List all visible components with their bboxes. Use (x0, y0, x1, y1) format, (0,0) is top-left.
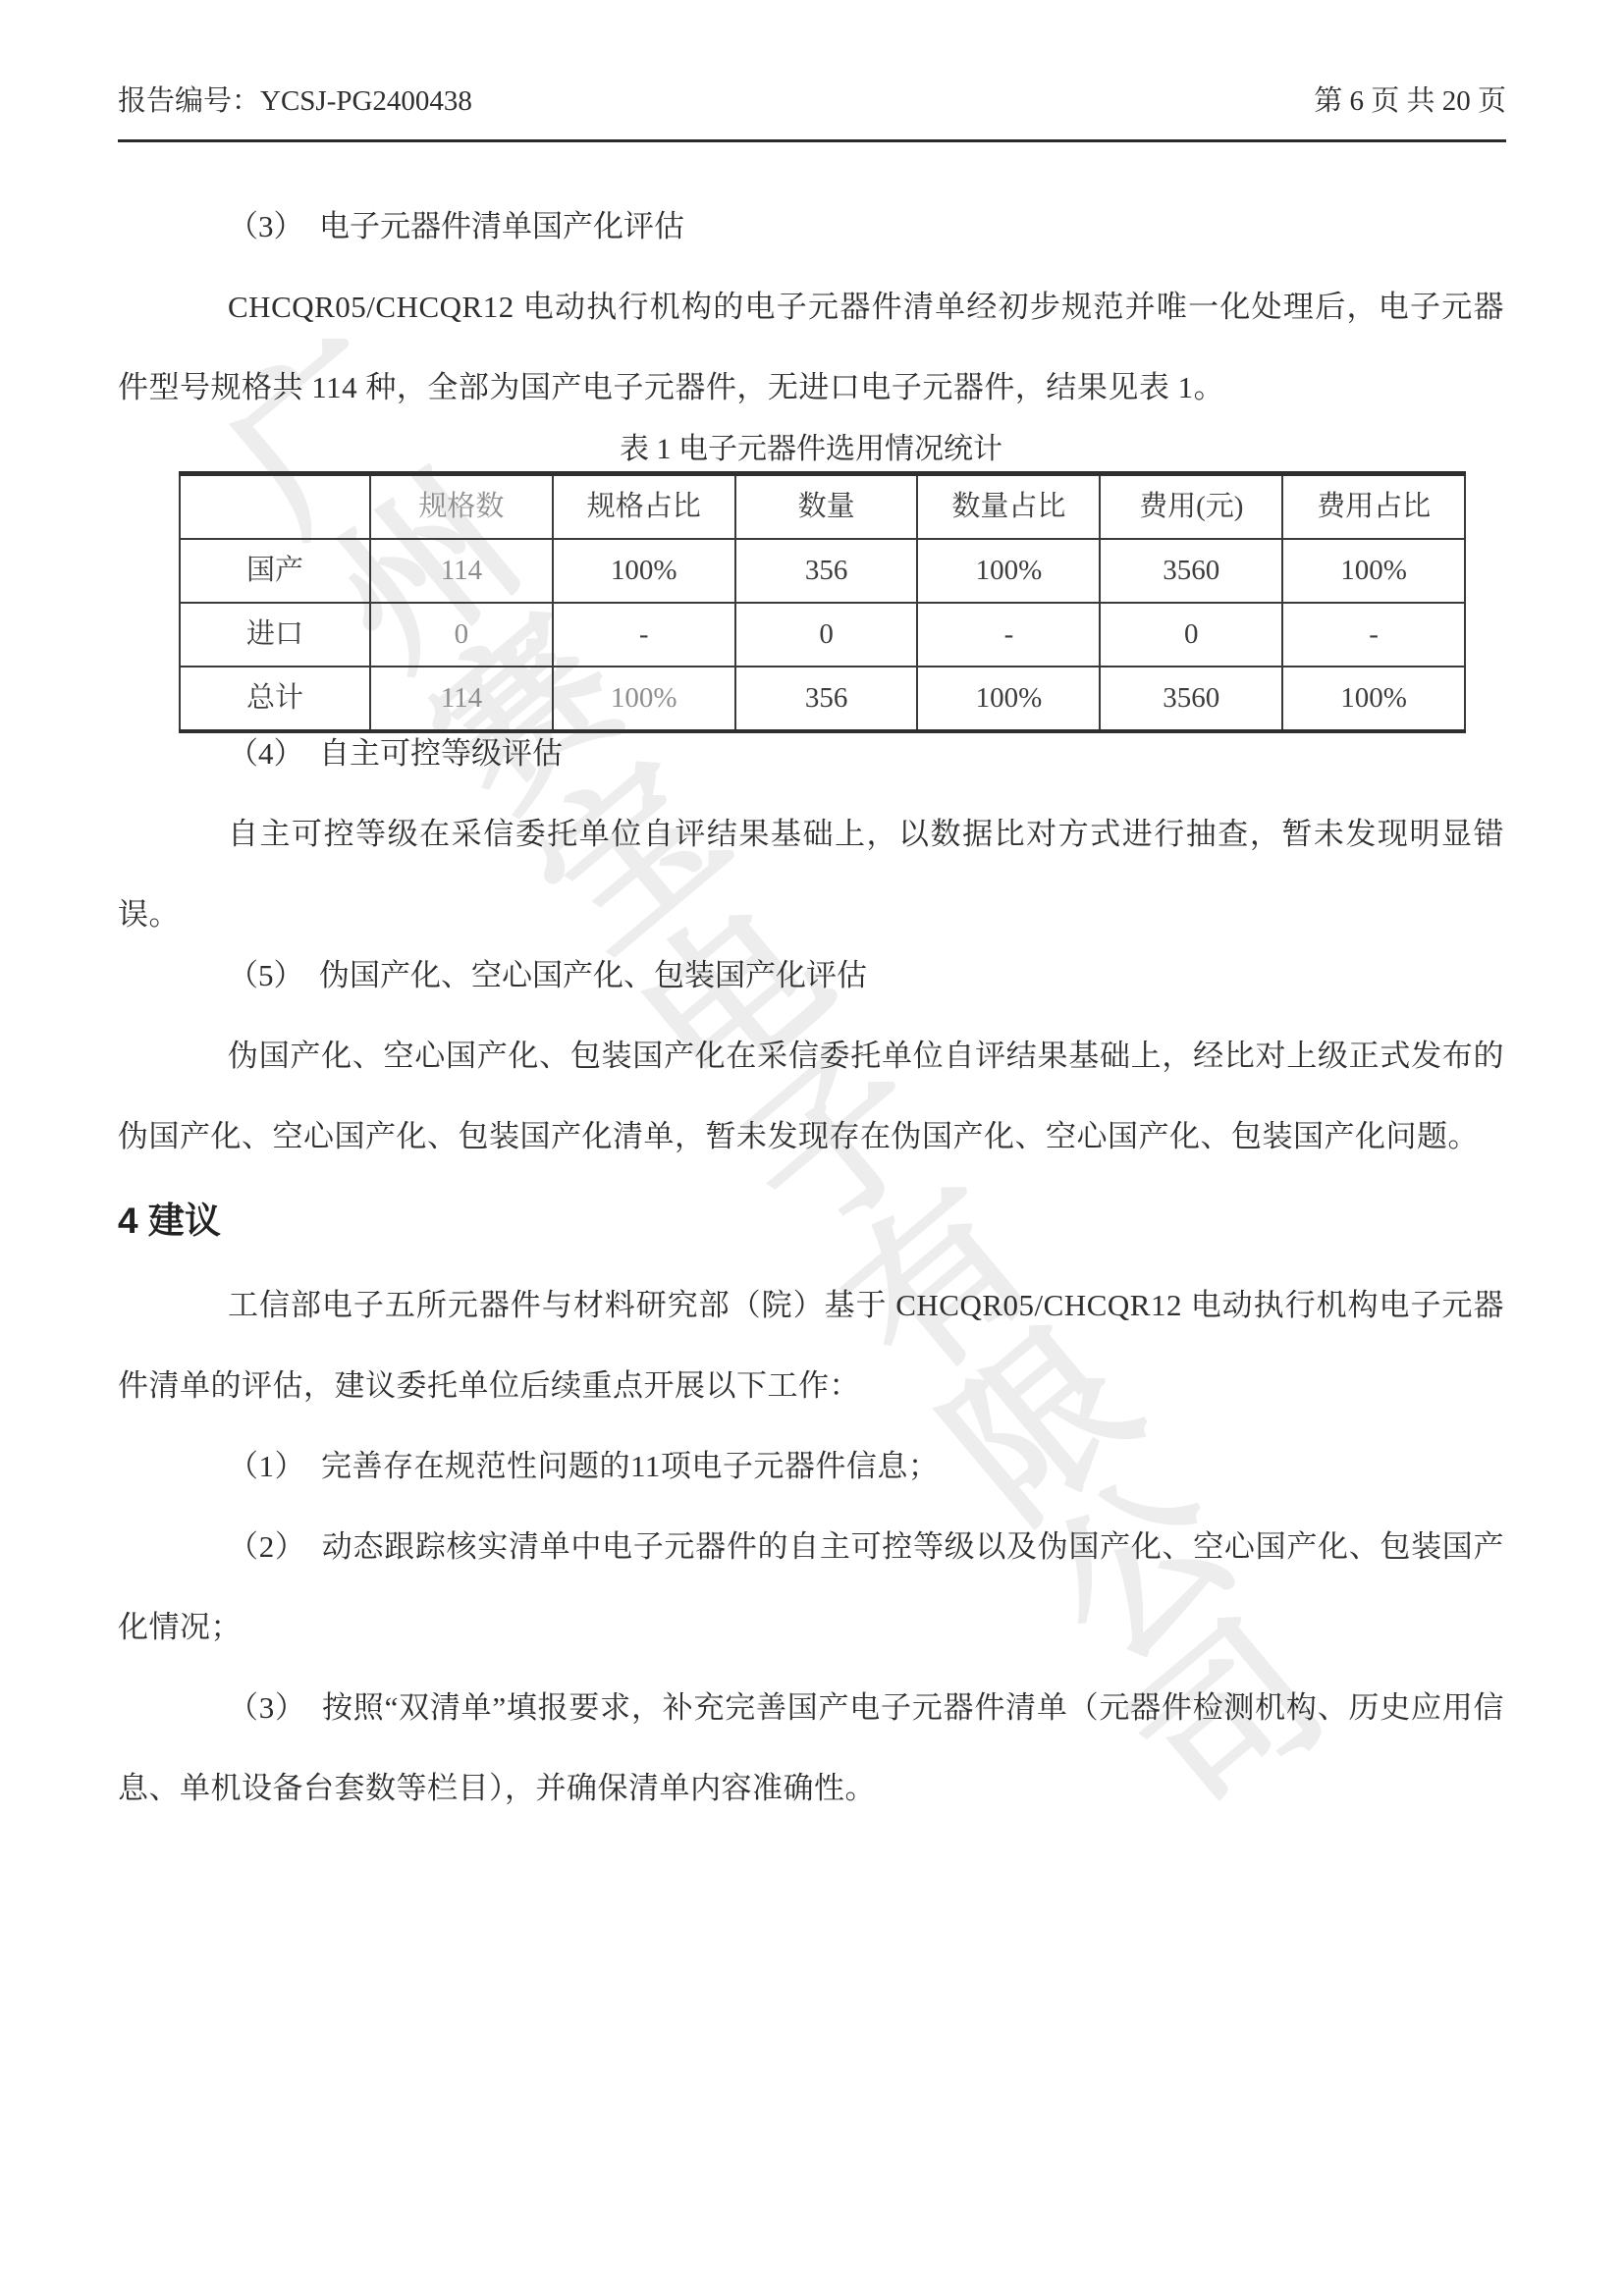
table-cell: 0 (735, 603, 918, 667)
table-header-cell: 规格占比 (553, 474, 735, 540)
table-cell: 0 (1100, 603, 1282, 667)
row-label: 进口 (180, 603, 370, 667)
table-cell: 100% (1282, 539, 1465, 603)
table-cell: 100% (917, 539, 1100, 603)
chapter-4-heading: 4 建议 (118, 1177, 1504, 1265)
table-header-cell (180, 474, 370, 540)
table-cell: 3560 (1100, 539, 1282, 603)
section-4-heading: （4） 自主可控等级评估 (118, 714, 1504, 794)
table-row-imported: 进口 0 - 0 - 0 - (180, 603, 1465, 667)
table-cell: - (1282, 603, 1465, 667)
table-header-cell: 规格数 (370, 474, 553, 540)
table-header-cell: 数量 (735, 474, 918, 540)
section-3-heading: （3） 电子元器件清单国产化评估 (118, 187, 1504, 267)
report-number: 报告编号：YCSJ-PG2400438 (118, 79, 472, 119)
table-header-cell: 费用(元) (1100, 474, 1282, 540)
chapter-4-paragraph: 工信部电子五所元器件与材料研究部（院）基于 CHCQR05/CHCQR12 电动… (118, 1265, 1504, 1426)
page-header: 报告编号：YCSJ-PG2400438 第 6 页 共 20 页 (118, 79, 1506, 119)
table-cell: 100% (553, 539, 735, 603)
component-usage-table: 规格数 规格占比 数量 数量占比 费用(元) 费用占比 国产 114 100% … (179, 471, 1466, 733)
table-header-cell: 费用占比 (1282, 474, 1465, 540)
section-5-paragraph: 伪国产化、空心国产化、包装国产化在采信委托单位自评结果基础上，经比对上级正式发布… (118, 1016, 1504, 1177)
row-label: 国产 (180, 539, 370, 603)
section-3-paragraph: CHCQR05/CHCQR12 电动执行机构的电子元器件清单经初步规范并唯一化处… (118, 267, 1504, 428)
table-caption: 表 1 电子元器件选用情况统计 (118, 428, 1504, 471)
document-page: 广 州 赛 宝 电 子 有 限 公 司 报告编号：YCSJ-PG2400438 … (0, 0, 1624, 2296)
recommendation-item-2: （2） 动态跟踪核实清单中电子元器件的自主可控等级以及伪国产化、空心国产化、包装… (118, 1507, 1504, 1668)
section-5-heading: （5） 伪国产化、空心国产化、包装国产化评估 (118, 935, 1504, 1016)
table-cell: 114 (370, 539, 553, 603)
page-number: 第 6 页 共 20 页 (1314, 79, 1506, 119)
table-header-cell: 数量占比 (917, 474, 1100, 540)
table-cell: 356 (735, 539, 918, 603)
table-cell: 0 (370, 603, 553, 667)
table-row-domestic: 国产 114 100% 356 100% 3560 100% (180, 539, 1465, 603)
table-header-row: 规格数 规格占比 数量 数量占比 费用(元) 费用占比 (180, 474, 1465, 540)
table-cell: - (553, 603, 735, 667)
table-cell: - (917, 603, 1100, 667)
document-body: （3） 电子元器件清单国产化评估 CHCQR05/CHCQR12 电动执行机构的… (118, 187, 1504, 1829)
recommendation-item-3: （3） 按照“双清单”填报要求，补充完善国产电子元器件清单（元器件检测机构、历史… (118, 1668, 1504, 1829)
section-4-paragraph: 自主可控等级在采信委托单位自评结果基础上，以数据比对方式进行抽查，暂未发现明显错… (118, 794, 1504, 955)
header-divider (118, 139, 1506, 142)
recommendation-item-1: （1） 完善存在规范性问题的11项电子元器件信息； (118, 1426, 1504, 1507)
